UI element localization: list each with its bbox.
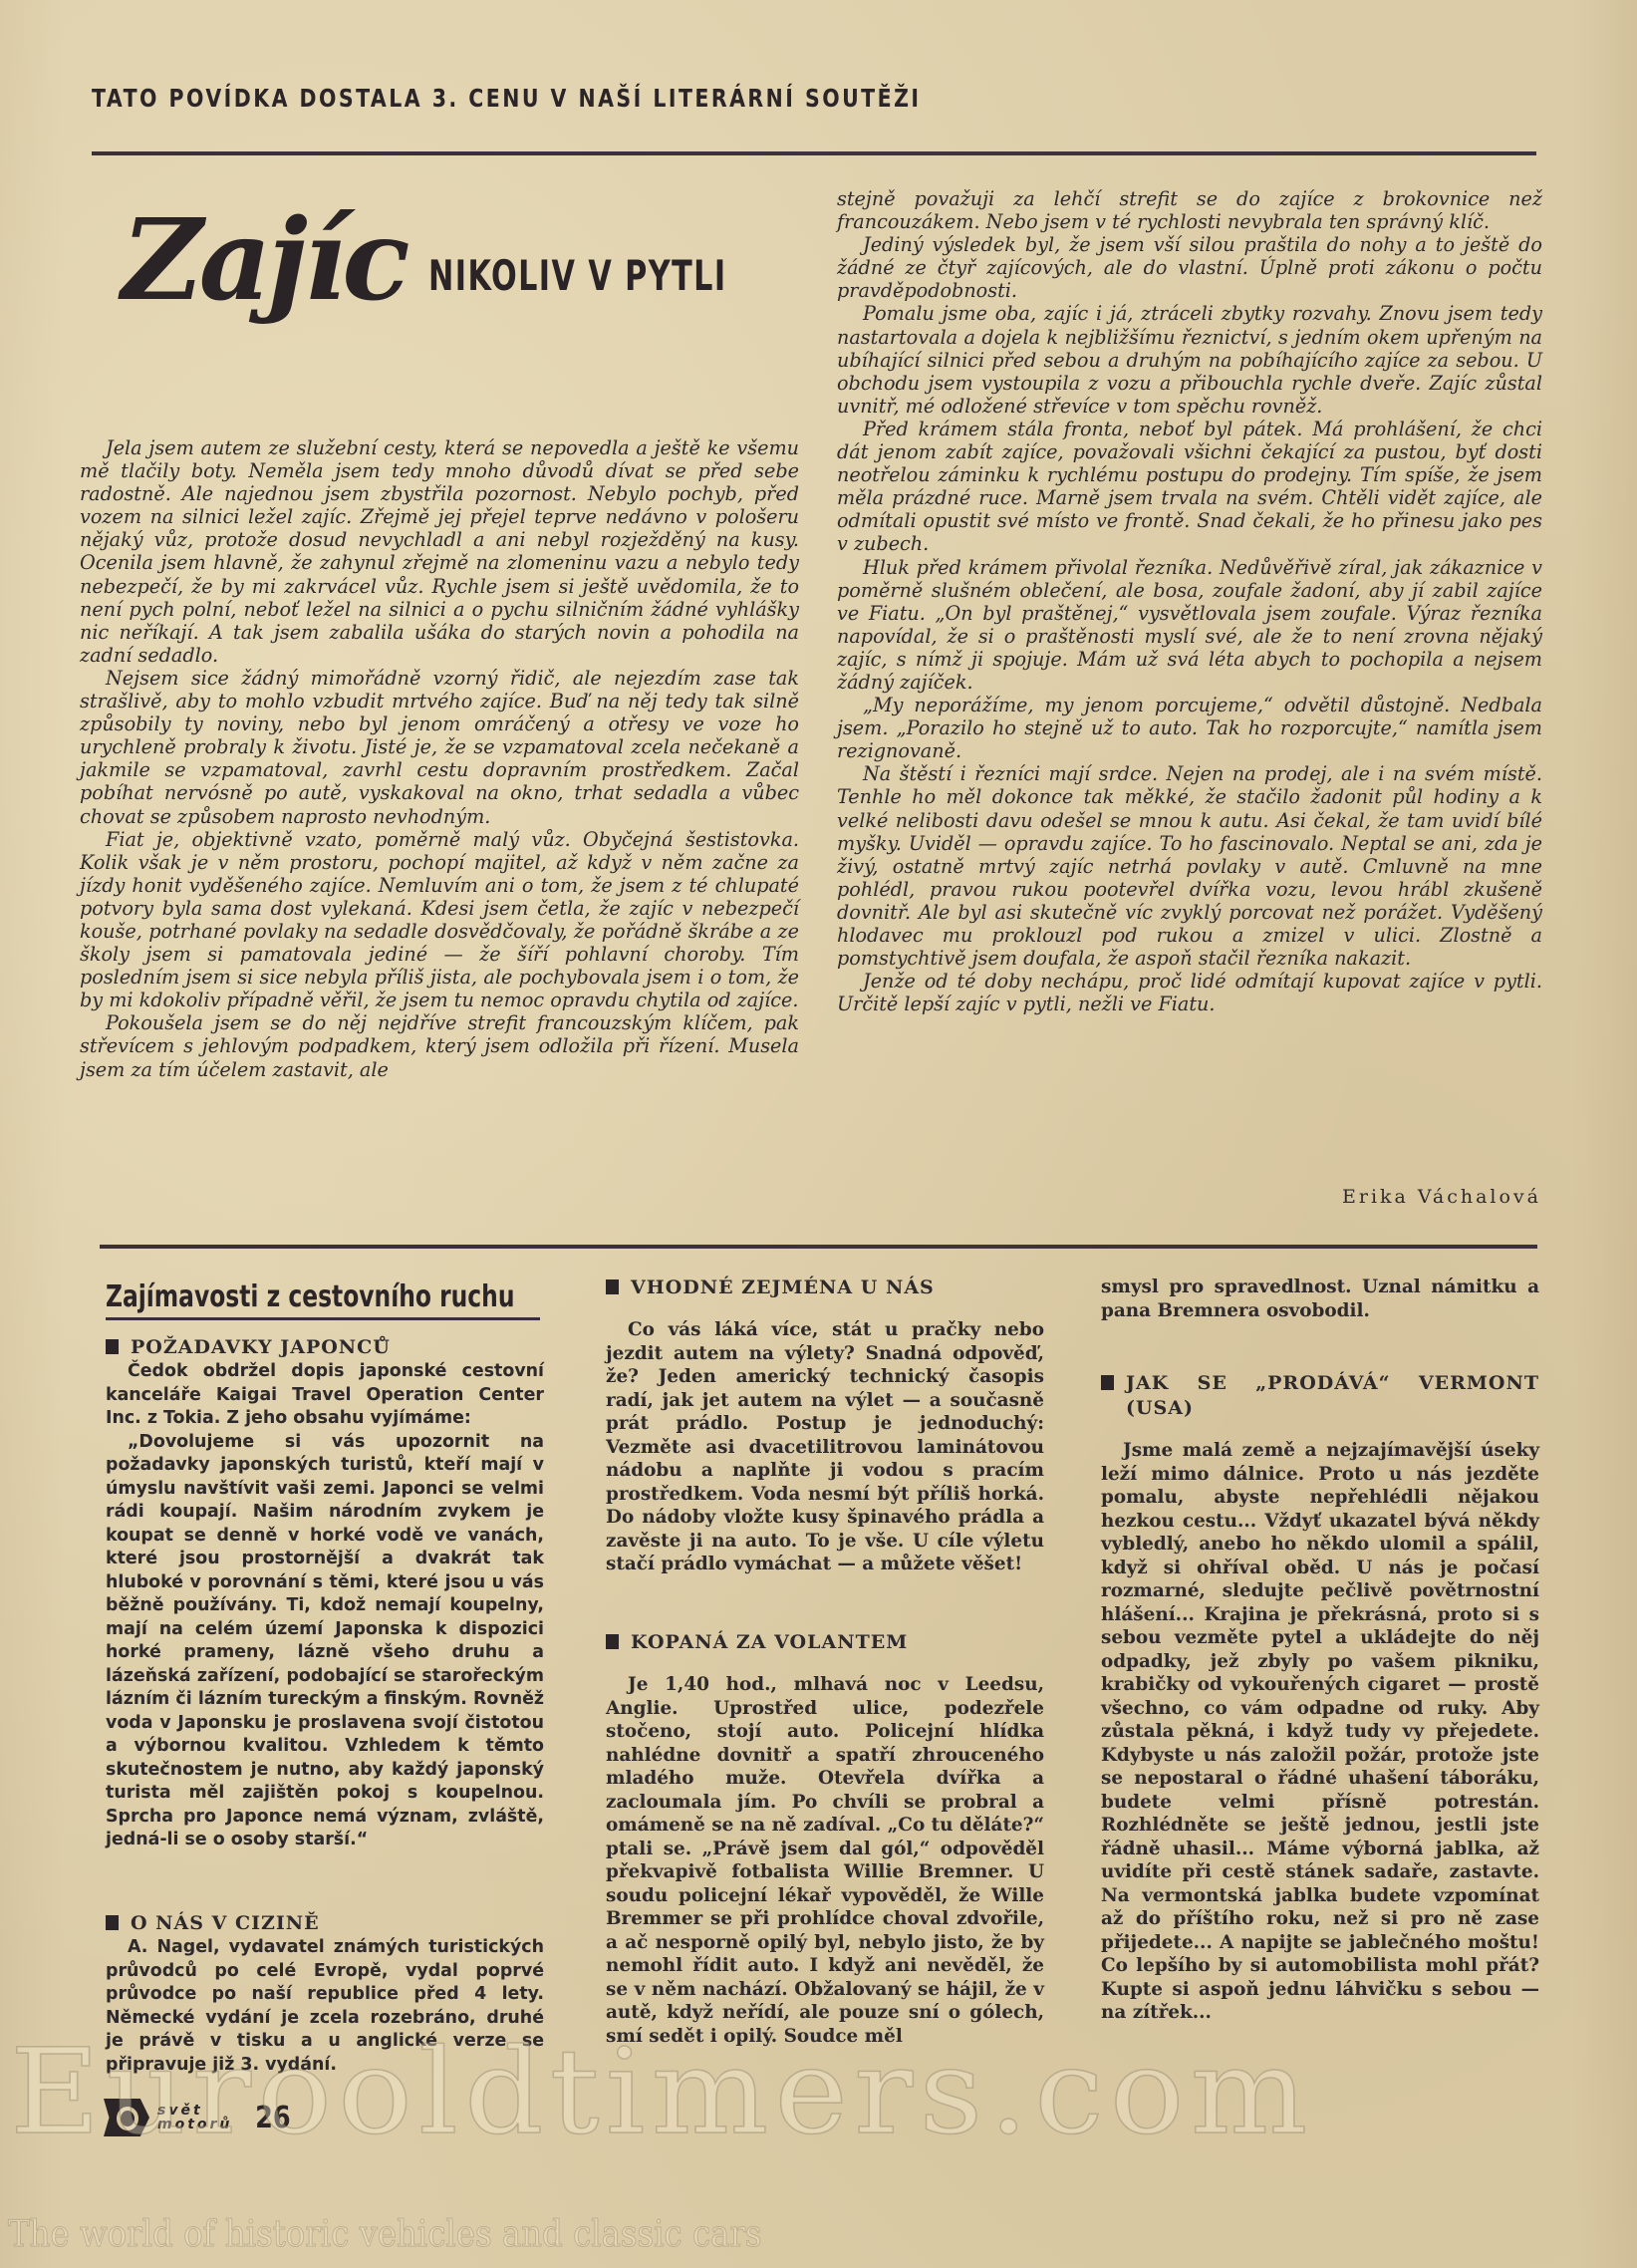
section-title-underline <box>106 1317 540 1320</box>
square-bullet-icon <box>106 1915 119 1930</box>
story-paragraph: Jenže od té doby nechápu, proč lidé odmí… <box>837 970 1542 1015</box>
brief-heading: O NÁS V CIZINĚ <box>131 1911 320 1936</box>
story-column-right: stejně považuji za lehčí strefit se do z… <box>837 187 1542 1015</box>
story-paragraph: Jela jsem autem ze služební cesty, která… <box>80 436 799 667</box>
brief-paragraph: Čedok obdržel dopis japonské cestovní ka… <box>106 1360 544 1431</box>
brief-suitable-here: VHODNÉ ZEJMÉNA U NÁS Co vás láká více, s… <box>606 1276 1044 1576</box>
watermark-site: Eurooldtimers.com <box>10 2023 1314 2160</box>
brief-paragraph: Jsme malá země a nejzajímavější úseky le… <box>1101 1439 1539 2025</box>
brief-japanese-requirements: POŽADAVKY JAPONCŮ Čedok obdržel dopis ja… <box>106 1335 544 1852</box>
brief-paragraph: smysl pro spravedlnost. Uznal námitku a … <box>1101 1276 1539 1322</box>
brief-heading: VHODNÉ ZEJMÉNA U NÁS <box>631 1276 935 1300</box>
story-paragraph: „My neporážíme, my jenom porcujeme,“ odv… <box>837 694 1542 762</box>
story-column-left: Jela jsem autem ze služební cesty, která… <box>80 436 799 1081</box>
section-divider <box>100 1245 1537 1249</box>
story-paragraph: Pomalu jsme oba, zajíc i já, ztráceli zb… <box>837 302 1542 417</box>
section-title: Zajímavosti z cestovního ruchu <box>106 1279 514 1314</box>
story-paragraph: Pokoušela jsem se do něj nejdříve strefi… <box>80 1011 799 1080</box>
brief-football-continuation: smysl pro spravedlnost. Uznal námitku a … <box>1101 1276 1539 1322</box>
story-title: Zajíc <box>122 205 407 317</box>
square-bullet-icon <box>1101 1375 1114 1390</box>
story-paragraph: Před krámem stála fronta, neboť byl páte… <box>837 418 1542 556</box>
brief-paragraph: Je 1,40 hod., mlhavá noc v Leedsu, Angli… <box>606 1673 1044 2048</box>
story-paragraph: Na štěstí i řezníci mají srdce. Nejen na… <box>837 762 1542 970</box>
story-paragraph: Hluk před krámem přivolal řezníka. Nedův… <box>837 556 1542 695</box>
brief-paragraph: „Dovolujeme si vás upozornit na požadavk… <box>106 1431 544 1852</box>
brief-vermont: JAK SE „PRODÁVÁ“ VERMONT (USA) Jsme malá… <box>1101 1353 1539 2025</box>
story-subtitle: NIKOLIV V PYTLI <box>428 251 727 300</box>
story-author: Erika Váchalová <box>1342 1186 1541 1208</box>
watermark-tagline: The world of historic vehicles and class… <box>8 2214 762 2255</box>
brief-paragraph: Co vás láká více, stát u pračky nebo jez… <box>606 1318 1044 1576</box>
story-paragraph: stejně považuji za lehčí strefit se do z… <box>837 187 1542 233</box>
top-divider <box>92 151 1536 155</box>
brief-heading: KOPANÁ ZA VOLANTEM <box>631 1630 908 1655</box>
kicker-heading: TATO POVÍDKA DOSTALA 3. CENU V NAŠÍ LITE… <box>92 84 922 113</box>
brief-heading: JAK SE „PRODÁVÁ“ VERMONT (USA) <box>1126 1371 1539 1421</box>
brief-football-behind-wheel: KOPANÁ ZA VOLANTEM Je 1,40 hod., mlhavá … <box>606 1630 1044 2048</box>
story-paragraph: Nejsem sice žádný mimořádně vzorný řidič… <box>80 667 799 828</box>
story-paragraph: Jediný výsledek byl, že jsem vší silou p… <box>837 233 1542 302</box>
brief-heading: POŽADAVKY JAPONCŮ <box>131 1335 391 1360</box>
square-bullet-icon <box>606 1634 619 1649</box>
square-bullet-icon <box>106 1339 119 1354</box>
square-bullet-icon <box>606 1279 619 1294</box>
story-paragraph: Fiat je, objektivně vzato, poměrně malý … <box>80 828 799 1012</box>
